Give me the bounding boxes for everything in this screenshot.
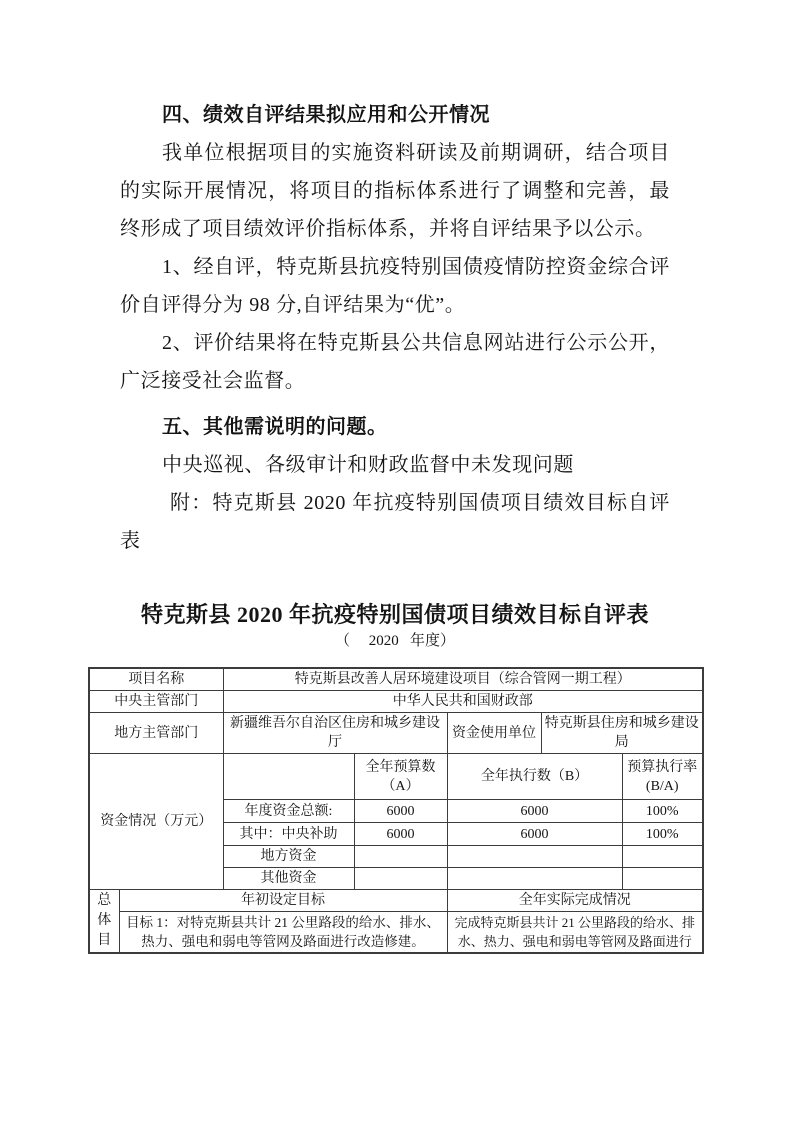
attachment-note: 附：特克斯县 2020 年抗疫特别国债项目绩效目标自评表 — [120, 484, 670, 560]
fund-user-value: 特克斯县住房和城乡建设局 — [541, 713, 703, 754]
funding-rate-value: 100% — [622, 800, 703, 823]
overall-goal-char: 总 — [92, 891, 117, 911]
section-4-heading: 四、绩效自评结果拟应用和公开情况 — [120, 96, 670, 134]
overall-goal-label: 总 体 目 — [89, 890, 119, 954]
self-evaluation-table: 项目名称 特克斯县改善人居环境建设项目（综合管网一期工程） 中央主管部门 中华人… — [88, 667, 704, 954]
funding-exec-value — [447, 846, 622, 868]
funding-exec-value — [447, 868, 622, 890]
funding-budget-value: 6000 — [354, 800, 447, 823]
paragraph-item-1: 1、经自评，特克斯县抗疫特别国债疫情防控资金综合评价自评得分为 98 分,自评结… — [120, 248, 670, 324]
table-row: 目标 1：对特克斯县共计 21 公里路段的给水、排水、热力、强电和弱电等管网及路… — [89, 912, 703, 954]
funding-header-blank — [223, 754, 354, 800]
actual-completion-text: 完成特克斯县共计 21 公里路段的给水、排水、热力、强电和弱电等管网及路面进行 — [447, 912, 703, 954]
funding-row-label: 其他资金 — [223, 868, 354, 890]
local-dept-value: 新疆维吾尔自治区住房和城乡建设厅 — [223, 713, 447, 754]
funding-exec-value: 6000 — [447, 823, 622, 846]
central-dept-value: 中华人民共和国财政部 — [223, 691, 703, 713]
paragraph-other-issues: 中央巡视、各级审计和财政监督中未发现问题 — [120, 446, 670, 484]
table-row: 总 体 目 年初设定目标 全年实际完成情况 — [89, 890, 703, 912]
table-row: 项目名称 特克斯县改善人居环境建设项目（综合管网一期工程） — [89, 668, 703, 691]
fund-user-label: 资金使用单位 — [447, 713, 541, 754]
paragraph-item-2: 2、评价结果将在特克斯县公共信息网站进行公示公开，广泛接受社会监督。 — [120, 324, 670, 400]
funding-budget-value: 6000 — [354, 823, 447, 846]
funding-col-rate: 预算执行率(B/A) — [622, 754, 703, 800]
overall-goal-char: 目 — [92, 931, 117, 951]
funding-rate-value — [622, 868, 703, 890]
table-row: 地方主管部门 新疆维吾尔自治区住房和城乡建设厅 资金使用单位 特克斯县住房和城乡… — [89, 713, 703, 754]
funding-row-label: 地方资金 — [223, 846, 354, 868]
funding-exec-value: 6000 — [447, 800, 622, 823]
funding-rate-value — [622, 846, 703, 868]
funding-row-label: 其中：中央补助 — [223, 823, 354, 846]
overall-goal-char: 体 — [92, 911, 117, 931]
table-row: 资金情况（万元） 全年预算数（A） 全年执行数（B） 预算执行率(B/A) — [89, 754, 703, 800]
local-dept-label: 地方主管部门 — [89, 713, 223, 754]
funding-rate-value: 100% — [622, 823, 703, 846]
funding-budget-value — [354, 868, 447, 890]
table-subtitle: （ 2020 年度） — [88, 630, 702, 652]
project-name-label: 项目名称 — [89, 668, 223, 691]
project-name-value: 特克斯县改善人居环境建设项目（综合管网一期工程） — [223, 668, 703, 691]
document-page: 四、绩效自评结果拟应用和公开情况 我单位根据项目的实施资料研读及前期调研，结合项… — [0, 0, 793, 1122]
funding-budget-value — [354, 846, 447, 868]
table-row: 中央主管部门 中华人民共和国财政部 — [89, 691, 703, 713]
funding-col-exec: 全年执行数（B） — [447, 754, 622, 800]
central-dept-label: 中央主管部门 — [89, 691, 223, 713]
planned-goal-header: 年初设定目标 — [119, 890, 447, 912]
planned-goal-text: 目标 1：对特克斯县共计 21 公里路段的给水、排水、热力、强电和弱电等管网及路… — [119, 912, 447, 954]
section-5-heading: 五、其他需说明的问题。 — [120, 408, 670, 446]
table-title: 特克斯县 2020 年抗疫特别国债项目绩效目标自评表 — [88, 600, 702, 630]
paragraph-intro: 我单位根据项目的实施资料研读及前期调研，结合项目的实际开展情况，将项目的指标体系… — [120, 134, 670, 248]
actual-completion-header: 全年实际完成情况 — [447, 890, 703, 912]
funding-col-budget: 全年预算数（A） — [354, 754, 447, 800]
funding-section-label: 资金情况（万元） — [89, 754, 223, 890]
funding-row-label: 年度资金总额: — [223, 800, 354, 823]
